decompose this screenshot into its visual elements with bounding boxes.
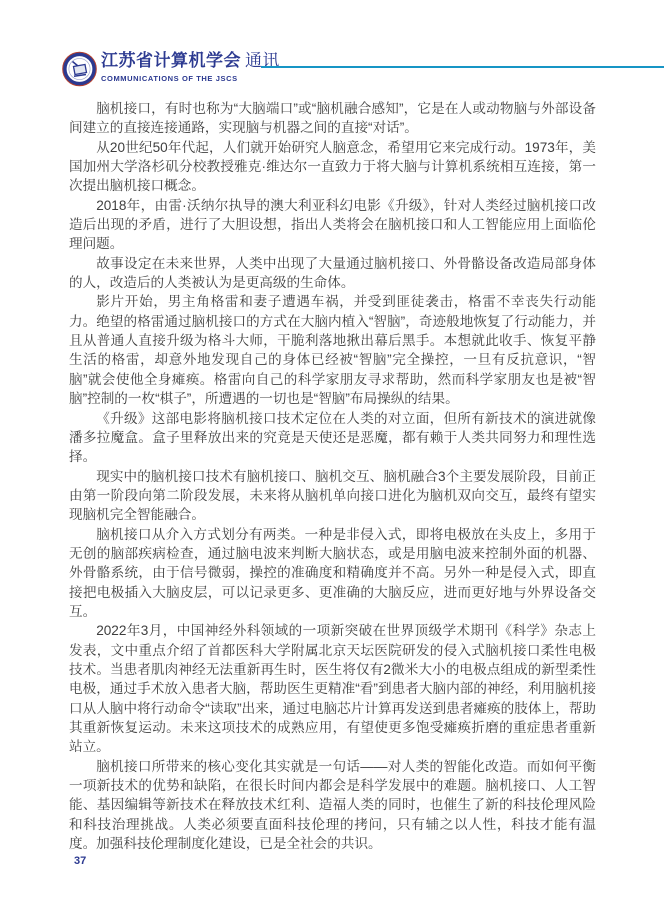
article-paragraph: 2022年3月，中国神经外科领域的一项新突破在世界顶级学术期刊《科学》杂志上发表…: [69, 621, 596, 756]
masthead: 江苏省计算机学会通讯 Communications of the JSCS: [101, 51, 280, 83]
article-paragraph: 脑机接口从介入方式划分有两类。一种是非侵入式，即将电极放在头皮上，多用于无创的脑…: [69, 525, 596, 622]
org-name-en: Communications of the JSCS: [101, 74, 280, 83]
magazine-page: 江苏省计算机学会通讯 Communications of the JSCS 脑机…: [0, 0, 664, 913]
header-divider-line: [261, 66, 664, 68]
article-paragraph: 故事设定在未来世界，人类中出现了大量通过脑机接口、外骨骼设备改造局部身体的人，改…: [69, 254, 596, 293]
masthead-title: 江苏省计算机学会通讯: [101, 51, 280, 71]
article-paragraph: 脑机接口所带来的核心变化其实就是一句话——对人类的智能化改造。而如何平衡一项新技…: [69, 757, 596, 854]
article-paragraph: 现实中的脑机接口技术有脑机接口、脑机交互、脑机融合3个主要发展阶段，目前正由第一…: [69, 467, 596, 525]
org-name-cn: 江苏省计算机学会: [101, 51, 241, 70]
article-paragraph: 影片开始，男主角格雷和妻子遭遇车祸，并受到匪徒袭击，格雷不幸丧失行动能力。绝望的…: [69, 292, 596, 408]
article-body: 脑机接口，有时也称为“大脑端口”或“脑机融合感知”，它是在人或动物脑与外部设备间…: [69, 99, 596, 853]
page-header: 江苏省计算机学会通讯 Communications of the JSCS: [0, 0, 664, 95]
jscs-society-logo-icon: [62, 51, 97, 87]
article-paragraph: 脑机接口，有时也称为“大脑端口”或“脑机融合感知”，它是在人或动物脑与外部设备间…: [69, 99, 596, 138]
page-number: 37: [74, 855, 86, 867]
article-paragraph: 2018年，由雷·沃纳尔执导的澳大利亚科幻电影《升级》，针对人类经过脑机接口改造…: [69, 196, 596, 254]
article-paragraph: 从20世纪50年代起，人们就开始研究人脑意念，希望用它来完成行动。1973年，美…: [69, 138, 596, 196]
article-paragraph: 《升级》这部电影将脑机接口技术定位在人类的对立面，但所有新技术的演进就像潘多拉魔…: [69, 409, 596, 467]
